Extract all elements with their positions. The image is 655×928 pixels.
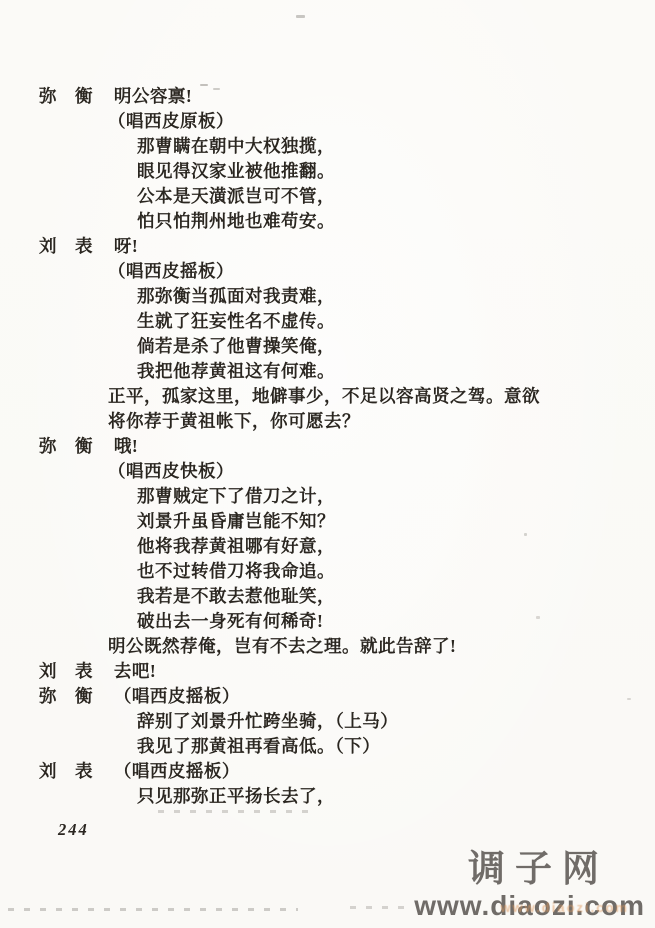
speaker-name: 弥 衡 [39,684,93,709]
speaker-name: 刘 表 [39,659,93,684]
script-line: 刘 表 （唱西皮摇板） [0,759,655,784]
script-line: 弥 衡 明公容禀! [0,84,655,109]
line-text: 刘景升虽昏庸岂能不知？ [137,511,335,531]
scan-speck [627,698,631,700]
script-line: 将你荐于黄祖帐下，你可愿去？ [0,409,655,434]
line-text: （唱西皮摇板） [108,261,234,281]
script-line: 刘景升虽昏庸岂能不知？ [0,509,655,534]
opera-script-text: 弥 衡 明公容禀! （唱西皮原板） 那曹瞒在朝中大权独揽， 眼见得汉家业被他推翻… [0,84,655,809]
line-text: 正平，孤家这里，地僻事少，不足以容高贤之驾。意欲 [108,386,540,406]
script-line: 也不过转借刀将我命追。 [0,559,655,584]
line-text: 怕只怕荆州地也难苟安。 [137,211,335,231]
script-line: 辞别了刘景升忙跨坐骑，（上马） [0,709,655,734]
script-line: （唱西皮摇板） [0,259,655,284]
script-line: 生就了狂妄性名不虚传。 [0,309,655,334]
watermark-ghost-text: www.diaozi.com [500,900,629,915]
script-line: 我见了那黄祖再看高低。（下） [0,734,655,759]
line-text: 也不过转借刀将我命追。 [137,561,335,581]
script-line: 那曹瞒在朝中大权独揽， [0,134,655,159]
line-text: 那弥衡当孤面对我责难， [137,286,335,306]
script-line: （唱西皮原板） [0,109,655,134]
line-text: 只见那弥正平扬长去了， [137,786,335,806]
line-text: 生就了狂妄性名不虚传。 [137,311,335,331]
line-text: 我见了那黄祖再看高低。（下） [137,736,380,756]
script-line: 弥 衡 （唱西皮摇板） [0,684,655,709]
speaker-name: 刘 表 [39,234,93,259]
line-text: （唱西皮快板） [108,461,234,481]
scanned-page: 弥 衡 明公容禀! （唱西皮原板） 那曹瞒在朝中大权独揽， 眼见得汉家业被他推翻… [0,0,655,928]
line-text: 破出去一身死有何稀奇! [137,611,323,631]
script-line: 破出去一身死有何稀奇! [0,609,655,634]
script-line: 那弥衡当孤面对我责难， [0,284,655,309]
script-line: 倘若是杀了他曹操笑俺， [0,334,655,359]
scan-artifact-dashes [350,906,410,909]
line-text: 去吧! [114,661,156,681]
speaker-name: 弥 衡 [39,84,93,109]
line-text: 我若是不敢去惹他耻笑， [137,586,335,606]
line-text: 呀! [114,236,138,256]
script-line: （唱西皮快板） [0,459,655,484]
watermark: 调子网 www.diaozi.com www.diaozi.com [414,848,647,922]
line-text: 公本是天潢派岂可不管， [137,186,335,206]
script-line: 明公既然荐俺，岂有不去之理。就此告辞了! [0,634,655,659]
script-line: 他将我荐黄祖哪有好意， [0,534,655,559]
line-text: 那曹贼定下了借刀之计， [137,486,335,506]
scan-speck [213,88,220,90]
scan-speck [536,616,540,619]
line-text: 倘若是杀了他曹操笑俺， [137,336,335,356]
line-text: （唱西皮摇板） [114,686,240,706]
line-text: 辞别了刘景升忙跨坐骑，（上马） [137,711,398,731]
script-line: 我把他荐黄祖这有何难。 [0,359,655,384]
scan-speck [296,15,305,18]
script-line: 只见那弥正平扬长去了， [0,784,655,809]
line-text: 将你荐于黄祖帐下，你可愿去？ [108,411,360,431]
line-text: 哦! [114,436,138,456]
watermark-site-name: 调子网 [414,848,609,890]
script-line: 那曹贼定下了借刀之计， [0,484,655,509]
line-text: （唱西皮原板） [108,111,234,131]
speaker-name: 刘 表 [39,759,93,784]
script-line: 正平，孤家这里，地僻事少，不足以容高贤之驾。意欲 [0,384,655,409]
speaker-name: 弥 衡 [39,434,93,459]
script-line: 我若是不敢去惹他耻笑， [0,584,655,609]
script-line: 刘 表 呀! [0,234,655,259]
line-text: （唱西皮摇板） [114,761,240,781]
scan-speck [524,533,527,536]
line-text: 我把他荐黄祖这有何难。 [137,361,335,381]
line-text: 那曹瞒在朝中大权独揽， [137,136,335,156]
line-text: 眼见得汉家业被他推翻。 [137,161,335,181]
scan-speck [200,84,208,86]
script-line: 眼见得汉家业被他推翻。 [0,159,655,184]
line-text: 他将我荐黄祖哪有好意， [137,536,335,556]
line-text: 明公容禀! [114,86,192,106]
script-line: 怕只怕荆州地也难苟安。 [0,209,655,234]
script-line: 弥 衡 哦! [0,434,655,459]
script-line: 刘 表 去吧! [0,659,655,684]
line-text: 明公既然荐俺，岂有不去之理。就此告辞了! [108,636,456,656]
scan-artifact-dashes [158,810,318,813]
page-number: 244 [58,820,89,840]
script-line: 公本是天潢派岂可不管， [0,184,655,209]
scan-artifact-dashes [8,908,298,911]
